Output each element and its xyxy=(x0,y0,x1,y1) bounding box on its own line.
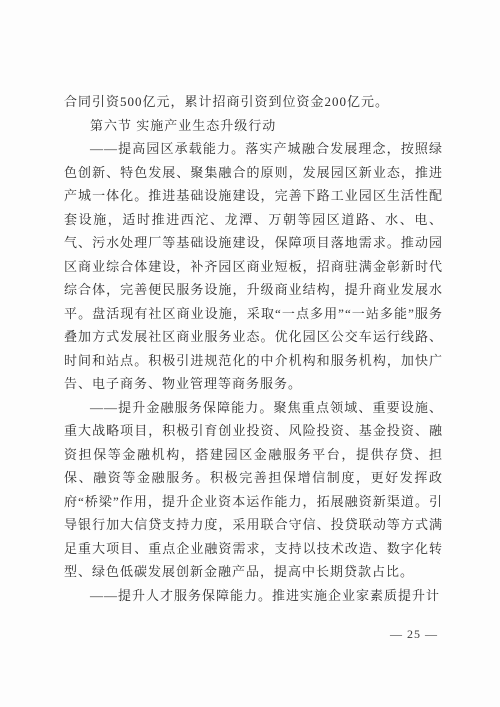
page-number: — 25 — xyxy=(390,627,438,642)
document-page: 合同引资500亿元，累计招商引资到位资金200亿元。 第六节 实施产业生态升级行… xyxy=(0,0,500,707)
paragraph-park-capacity: ——提高园区承载能力。落实产城融合发展理念，按照绿色创新、特色发展、聚集融合的原… xyxy=(64,137,443,396)
section-heading: 第六节 实施产业生态升级行动 xyxy=(64,114,443,138)
paragraph-financial-services: ——提升金融服务保障能力。聚焦重点领域、重要设施、重大战略项目，积极引育创业投资… xyxy=(64,396,443,584)
paragraph-talent-services: ——提升人才服务保障能力。推进实施企业家素质提升计 xyxy=(64,584,443,608)
paragraph-continuation: 合同引资500亿元，累计招商引资到位资金200亿元。 xyxy=(64,90,443,114)
text-block: 合同引资500亿元，累计招商引资到位资金200亿元。 第六节 实施产业生态升级行… xyxy=(64,90,443,607)
